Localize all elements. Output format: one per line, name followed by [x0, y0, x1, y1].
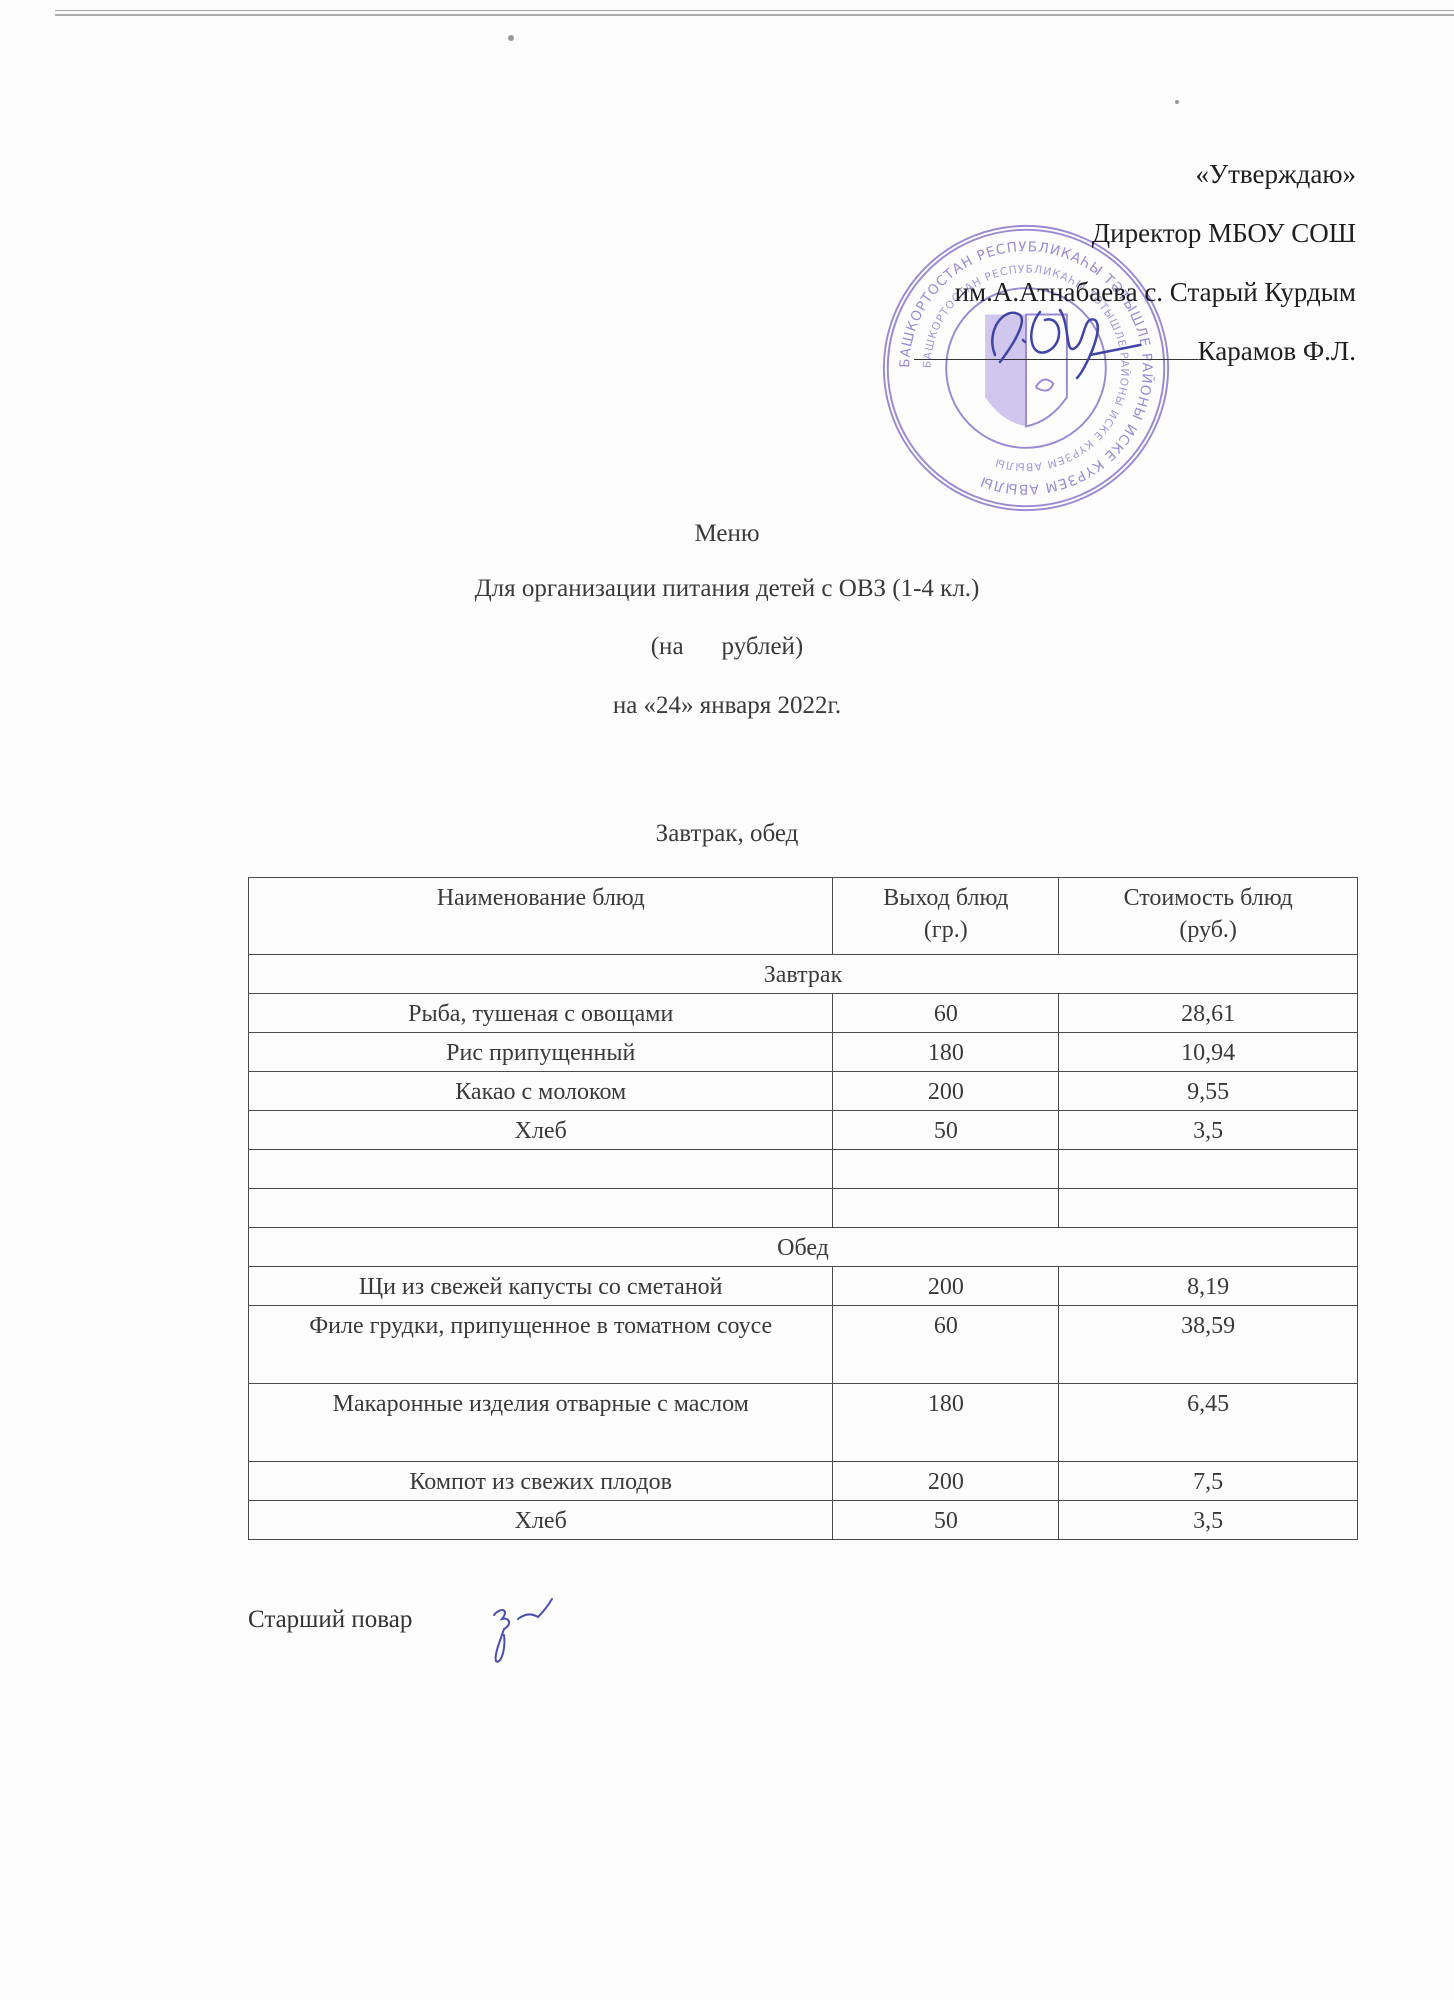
dish-yield: 50 [833, 1501, 1059, 1540]
header-dish-name: Наименование блюд [249, 878, 833, 955]
dish-cost: 3,5 [1059, 1501, 1358, 1540]
scan-artifact-line [55, 10, 1454, 16]
dish-cost: 7,5 [1059, 1462, 1358, 1501]
table-row: Рис припущенный18010,94 [249, 1033, 1358, 1072]
table-row: Компот из свежих плодов2007,5 [249, 1462, 1358, 1501]
breakfast-rows: Рыба, тушеная с овощами6028,61Рис припущ… [249, 994, 1358, 1228]
dish-name: Хлеб [249, 1501, 833, 1540]
dish-cost: 28,61 [1059, 994, 1358, 1033]
dish-cost: 38,59 [1059, 1306, 1358, 1384]
table-header-row: Наименование блюд Выход блюд(гр.) Стоимо… [249, 878, 1358, 955]
dish-name: Хлеб [249, 1111, 833, 1150]
dish-name: Рыба, тушеная с овощами [249, 994, 833, 1033]
dish-cost: 9,55 [1059, 1072, 1358, 1111]
dish-name: Щи из свежей капусты со сметаной [249, 1267, 833, 1306]
dish-name: Филе грудки, припущенное в томатном соус… [249, 1306, 833, 1384]
table-row [249, 1150, 1358, 1189]
section-row-lunch: Обед [249, 1228, 1358, 1267]
price-prefix: (на [651, 633, 684, 660]
table-row: Филе грудки, припущенное в томатном соус… [249, 1306, 1358, 1384]
table-row: Хлеб503,5 [249, 1501, 1358, 1540]
chef-signature-icon [480, 1595, 570, 1675]
document-title: Меню [0, 520, 1454, 548]
menu-date: на «24» января 2022г. [0, 692, 1454, 720]
lunch-rows: Щи из свежей капусты со сметаной2008,19Ф… [249, 1267, 1358, 1540]
price-suffix: рублей) [722, 633, 804, 660]
dish-cost: 8,19 [1059, 1267, 1358, 1306]
chef-label: Старший повар [248, 1606, 412, 1634]
dish-cost: 10,94 [1059, 1033, 1358, 1072]
dish-yield: 200 [833, 1072, 1059, 1111]
approval-heading: «Утверждаю» [914, 145, 1356, 204]
dish-name: Компот из свежих плодов [249, 1462, 833, 1501]
dish-cost: 3,5 [1059, 1111, 1358, 1150]
dish-cost [1059, 1150, 1358, 1189]
dish-yield: 60 [833, 994, 1059, 1033]
table-row: Хлеб503,5 [249, 1111, 1358, 1150]
approval-signatory: Карамов Ф.Л. [1198, 336, 1356, 366]
dish-name: Какао с молоком [249, 1072, 833, 1111]
menu-table: Наименование блюд Выход блюд(гр.) Стоимо… [248, 877, 1358, 1540]
dish-name: Рис припущенный [249, 1033, 833, 1072]
dish-name [249, 1189, 833, 1228]
dish-yield [833, 1189, 1059, 1228]
table-row: Какао с молоком2009,55 [249, 1072, 1358, 1111]
dish-name: Макаронные изделия отварные с маслом [249, 1384, 833, 1462]
header-cost: Стоимость блюд(руб.) [1059, 878, 1358, 955]
section-label-lunch: Обед [249, 1228, 1358, 1267]
price-line: (нарублей) [0, 633, 1454, 661]
director-signature-icon [965, 300, 1165, 380]
header-yield: Выход блюд(гр.) [833, 878, 1059, 955]
dish-name [249, 1150, 833, 1189]
meal-types: Завтрак, обед [0, 820, 1454, 848]
table-row [249, 1189, 1358, 1228]
dish-cost: 6,45 [1059, 1384, 1358, 1462]
table-row: Щи из свежей капусты со сметаной2008,19 [249, 1267, 1358, 1306]
section-label-breakfast: Завтрак [249, 955, 1358, 994]
table-row: Рыба, тушеная с овощами6028,61 [249, 994, 1358, 1033]
dish-yield: 60 [833, 1306, 1059, 1384]
dish-yield: 180 [833, 1384, 1059, 1462]
scan-speck [1175, 100, 1179, 104]
dish-yield: 200 [833, 1462, 1059, 1501]
dish-yield: 200 [833, 1267, 1059, 1306]
dish-yield: 180 [833, 1033, 1059, 1072]
document-subtitle: Для организации питания детей с ОВЗ (1-4… [0, 575, 1454, 603]
dish-cost [1059, 1189, 1358, 1228]
table-row: Макаронные изделия отварные с маслом1806… [249, 1384, 1358, 1462]
scan-speck [508, 35, 514, 41]
section-row-breakfast: Завтрак [249, 955, 1358, 994]
dish-yield [833, 1150, 1059, 1189]
approval-position: Директор МБОУ СОШ [914, 204, 1356, 263]
dish-yield: 50 [833, 1111, 1059, 1150]
